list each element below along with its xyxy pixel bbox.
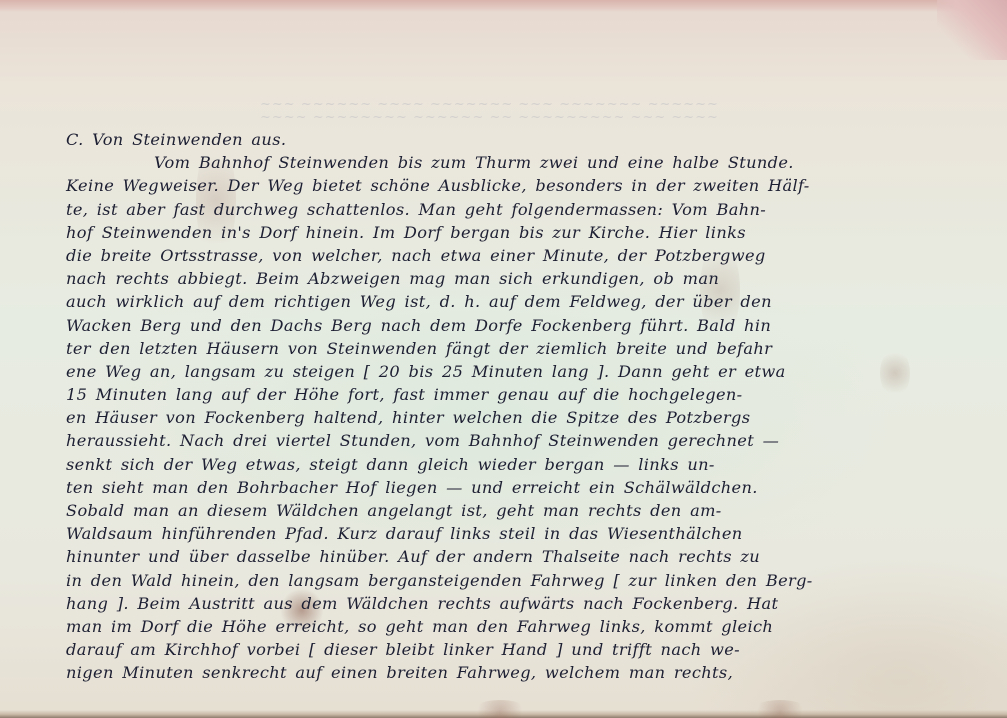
text-line: hang ]. Beim Austritt aus dem Wäldchen r… — [66, 592, 946, 615]
text-line: ter den letzten Häusern von Steinwenden … — [66, 337, 946, 360]
text-line: in den Wald hinein, den langsam berganst… — [66, 569, 946, 592]
text-line: ten sieht man den Bohrbacher Hof liegen … — [66, 476, 946, 499]
text-line: hof Steinwenden in's Dorf hinein. Im Dor… — [66, 221, 946, 244]
edge-stain — [470, 700, 530, 718]
text-line: nigen Minuten senkrecht auf einen breite… — [66, 661, 946, 684]
section-heading: C. Von Steinwenden aus. — [66, 128, 946, 151]
bleed-line: ~~~~ ~~~~~~~~ ~~~~~~ ~~ ~~~~~~~~~ ~~~ ~~… — [260, 111, 820, 124]
text-line: Vom Bahnhof Steinwenden bis zum Thurm zw… — [66, 151, 946, 174]
text-line: Sobald man an diesem Wäldchen angelangt … — [66, 499, 946, 522]
text-line: ene Weg an, langsam zu steigen [ 20 bis … — [66, 360, 946, 383]
handwritten-text: C. Von Steinwenden aus. Vom Bahnhof Stei… — [66, 128, 946, 685]
edge-stain — [750, 700, 810, 718]
text-line: nach rechts abbiegt. Beim Abzweigen mag … — [66, 267, 946, 290]
text-line: man im Dorf die Höhe erreicht, so geht m… — [66, 615, 946, 638]
text-line: senkt sich der Weg etwas, steigt dann gl… — [66, 453, 946, 476]
text-line: darauf am Kirchhof vorbei [ dieser bleib… — [66, 638, 946, 661]
text-line: die breite Ortsstrasse, von welcher, nac… — [66, 244, 946, 267]
text-line: en Häuser von Fockenberg haltend, hinter… — [66, 406, 946, 429]
text-line: heraussieht. Nach drei viertel Stunden, … — [66, 429, 946, 452]
paper-corner-flap — [937, 0, 1007, 60]
text-line: Keine Wegweiser. Der Weg bietet schöne A… — [66, 174, 946, 197]
text-line: auch wirklich auf dem richtigen Weg ist,… — [66, 290, 946, 313]
text-line: hinunter und über dasselbe hinüber. Auf … — [66, 545, 946, 568]
text-line: 15 Minuten lang auf der Höhe fort, fast … — [66, 383, 946, 406]
paper-top-edge — [0, 0, 1007, 12]
text-line: te, ist aber fast durchweg schattenlos. … — [66, 198, 946, 221]
text-line: Waldsaum hinführenden Pfad. Kurz darauf … — [66, 522, 946, 545]
text-line: Wacken Berg und den Dachs Berg nach dem … — [66, 314, 946, 337]
